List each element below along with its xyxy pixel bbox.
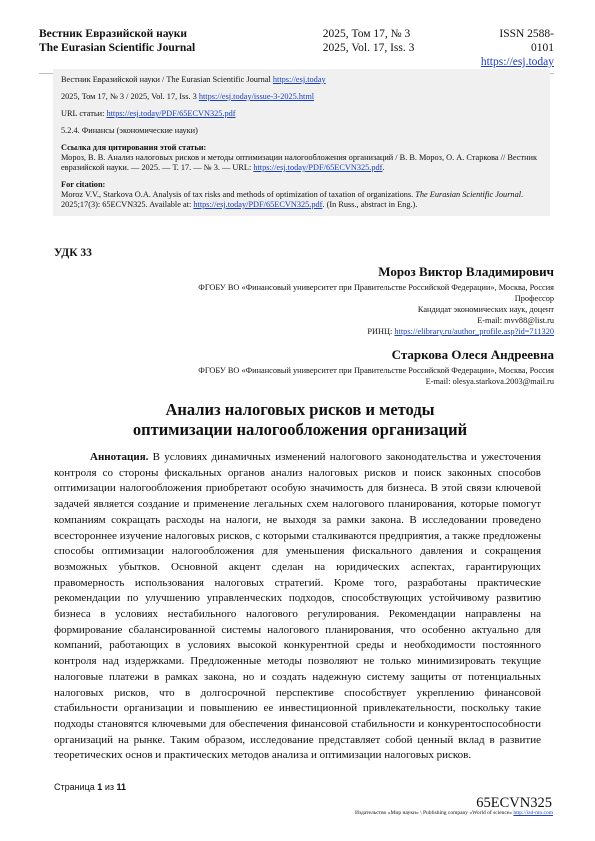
info-issue-line: 2025, Том 17, № 3 / 2025, Vol. 17, Iss. … [61,92,545,102]
info-url-line: URL статьи: https://esj.today/PDF/65ECVN… [61,109,545,119]
issue-en: 2025, Vol. 17, Iss. 3 [323,41,481,55]
issue-info: 2025, Том 17, № 3 2025, Vol. 17, Iss. 3 [298,27,481,69]
journal-names: Вестник Евразийской науки The Eurasian S… [39,27,298,69]
article-title: Анализ налоговых рисков и методы оптимиз… [50,400,550,440]
journal-name-en: The Eurasian Scientific Journal [39,41,298,55]
site-link[interactable]: https://esj.today [481,56,554,68]
issn: ISSN 2588-0101 [481,27,554,55]
author-email: E-mail: mvv88@list.ru [198,315,554,326]
journal-name-ru: Вестник Евразийской науки [39,27,298,41]
citation-ru-link[interactable]: https://esj.today/PDF/65ECVN325.pdf [253,163,382,172]
issue-ru: 2025, Том 17, № 3 [323,27,481,41]
citation-ru-label: Ссылка для цитирования этой статьи: [61,143,545,153]
issn-block: ISSN 2588-0101 https://esj.today [481,27,554,69]
abstract-label: Аннотация. [90,451,148,463]
author-block: Мороз Виктор Владимирович ФГОБУ ВО «Фина… [198,263,554,337]
author-name: Мороз Виктор Владимирович [198,263,554,281]
author-affiliation: ФГОБУ ВО «Финансовый университет при Пра… [198,365,554,376]
article-url-link[interactable]: https://esj.today/PDF/65ECVN325.pdf [106,109,235,118]
info-specialty-line: 5.2.4. Финансы (экономические науки) [61,126,545,136]
abstract: Аннотация. В условиях динамичных изменен… [54,450,541,764]
citation-en-label: For citation: [61,180,545,190]
page-indicator: Страница 1 из 11 [54,782,126,792]
publisher-link[interactable]: http://izd-mn.com [513,810,553,816]
citation-en-link[interactable]: https://esj.today/PDF/65ECVN325.pdf [193,200,322,209]
rinc-profile-link[interactable]: https://elibrary.ru/author_profile.asp?i… [394,327,554,336]
issue-link[interactable]: https://esj.today/issue-3-2025.html [199,92,314,101]
citation-ru: Ссылка для цитирования этой статьи: Моро… [61,143,545,173]
citation-en: For citation: Moroz V.V., Starkova O.A. … [61,180,545,210]
author-email: E-mail: olesya.starkova.2003@mail.ru [198,376,554,387]
abstract-text: В условиях динамичных изменений налогово… [54,451,541,761]
author-name: Старкова Олеся Андреевна [198,346,554,364]
author-position: Профессор [198,293,554,304]
author-affiliation: ФГОБУ ВО «Финансовый университет при Пра… [198,282,554,293]
article-info-box: Вестник Евразийской науки / The Eurasian… [53,69,550,216]
udk-code: УДК 33 [54,247,92,259]
author-block: Старкова Олеся Андреевна ФГОБУ ВО «Финан… [198,346,554,387]
journal-header: Вестник Евразийской науки The Eurasian S… [39,27,554,74]
total-pages: 11 [116,782,126,792]
author-degree: Кандидат экономических наук, доцент [198,304,554,315]
publisher-line: Издательство «Мир науки» \ Publishing co… [355,810,553,816]
info-journal-line: Вестник Евразийской науки / The Eurasian… [61,75,545,85]
author-rinc: РИНЦ: https://elibrary.ru/author_profile… [198,326,554,337]
journal-link[interactable]: https://esj.today [273,75,326,84]
